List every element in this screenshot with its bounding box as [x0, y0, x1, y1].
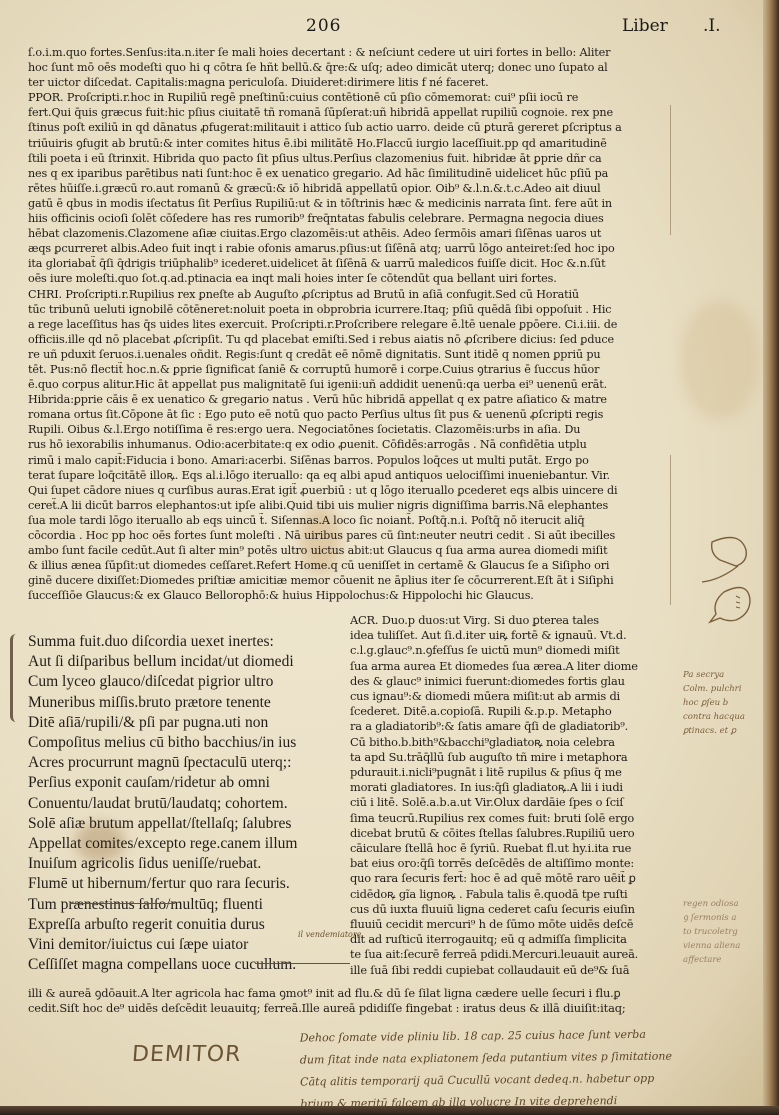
commentary-line: ſtili poeta i eū ſtrinxit. Hibrida quo p… [28, 151, 676, 166]
commentary-line: ceret̃.A lii dicūt barros elephantos:ut … [28, 498, 676, 513]
commentary-right-column: ACR. Duo.p duos:ut Virg. Si duo ꝑterea t… [350, 613, 675, 978]
commentary-line: tēt. Pus:nō flectit̃ hoc.n.& ꝑprie ſigni… [28, 362, 676, 377]
commentary-line: nes q ex iparibus parētibus nati ſunt:ho… [28, 166, 676, 181]
margin-rule [670, 455, 671, 605]
verse-bracket-mark [10, 634, 19, 722]
commentary-line: æqs ꝑcurreret albis.Adeo fuit inqt i rab… [28, 241, 676, 256]
commentary-line: PPOR. Proſcripti.r.hoc in Rupiliū regē p… [28, 90, 676, 105]
marginal-note-line: regen odiosa [683, 897, 763, 911]
commentary-line: ſucceſſiōe Glaucus:& ex Glauco Belloroph… [28, 588, 676, 603]
commentary-line: c.l.g.glauc⁹.n.ꝯfeſſus ſe uictū mun⁹ dio… [350, 643, 675, 658]
commentary-line: fluuiū cecidit mercuri⁹ h de ſūmo mōte u… [350, 917, 675, 932]
verse-line: Compoſitus melius cū bitho bacchius/in i… [28, 733, 348, 753]
commentary-line: terat ſupare loq̄citātē illoꝶ. Eqs al.i.… [28, 468, 676, 483]
commentary-line: cāiculare ſtellā hoc ē ſyriū. Ruebat fl.… [350, 841, 675, 856]
commentary-line: ſua mole tardi lōgo iteruallo ab eqs uin… [28, 513, 676, 528]
verse-line: Summa fuit.duo diſcordia uexet inertes: [28, 632, 348, 652]
marginal-note-lower: regen odiosa ꝯ ſermonis a to trucoletrg … [683, 897, 763, 967]
marginal-note-upper: Pa secrya Colm. pulchri hoc ꝑſeu b contr… [683, 668, 763, 738]
manicule-drawing-icon [700, 530, 760, 630]
commentary-line: dicebat brutū & cōites ſtellas ſalubres.… [350, 826, 675, 841]
commentary-line: oēs iure moleſti.quo ſot.q.ad.ptinacia e… [28, 271, 676, 286]
commentary-top: ſ.o.i.m.quo fortes.Senſus:ita.n.iter ſe … [28, 45, 676, 603]
commentary-line: ter uictor diſcedat. Capitalis:magna per… [28, 75, 676, 90]
page-bottom-edge [0, 1106, 779, 1115]
commentary-line: fert.Qui q̄uis græcus fuit:hic pſius ciu… [28, 105, 676, 120]
commentary-line: re uñ pduxit ſeruos.i.uenales oñdit. Reg… [28, 347, 676, 362]
commentary-line: ita gloriabat̃ q̄ſi q̄drigis triūphalib⁹… [28, 256, 676, 271]
commentary-line: ſtinus poſt exiliū in qd dānatus ꝓfugera… [28, 120, 676, 135]
commentary-line: officiis.ille qd nō placebat ꝓſcripſit. … [28, 332, 676, 347]
commentary-line: & illius ænea ſūpſit:ut diomedes ceſſare… [28, 558, 676, 573]
handwritten-underline [255, 963, 350, 964]
marginal-note-line: Pa secrya [683, 668, 763, 682]
verse-line: Ceſſiſſet magna compellans uoce cucullum… [28, 955, 348, 975]
commentary-line: ſ.o.i.m.quo fortes.Senſus:ita.n.iter ſe … [28, 45, 676, 60]
commentary-line: ſua arma aurea Et diomedes ſua ærea.A li… [350, 659, 675, 674]
commentary-line: dit ad ruſticū iterrogauitq; eū q admiſſ… [350, 932, 675, 947]
commentary-line: cedit.Siſt hoc de⁹ uidēs deſcēdit leuaui… [28, 1001, 678, 1016]
book-number: .I. [703, 16, 721, 36]
margin-rule [670, 105, 671, 235]
commentary-line: Rupili. Oibus &.l.Ergo notiſſima ē res:e… [28, 422, 676, 437]
marginal-note-line: Colm. pulchri [683, 682, 763, 696]
verse-line: Ditē aſiā/rupili/& pſi par pugna.uti non [28, 713, 348, 733]
commentary-line: cōcordia . Hoc pp hoc oēs fortes ſunt mo… [28, 528, 676, 543]
verse-text: Summa fuit.duo diſcordia uexet inertes: … [28, 632, 348, 975]
commentary-line: ſcederet. Ditē.a.copioſā. Rupili &.p.p. … [350, 704, 675, 719]
commentary-line: Hibrida:ꝑprie cāis ē ex uenatico & grega… [28, 392, 676, 407]
handwritten-bottom-note: Dehoc ſomate vide pliniu lib. 18 cap. 25… [300, 1023, 766, 1108]
verse-line: Muneribus miſſis.bruto prætore tenente [28, 693, 348, 713]
commentary-line: cus ignau⁹:& diomedi mūera miſit:ut ab a… [350, 689, 675, 704]
marginal-note-line: to trucoletrg [683, 925, 763, 939]
commentary-line: idea tuliſſet. Aut ſi.d.iter uiꝶ fortē &… [350, 628, 675, 643]
commentary-line: romana ortus ſit.Cōpone āt ſic : Ego put… [28, 407, 676, 422]
commentary-line: triūuiris ꝯfugit ab brutū:& inter comite… [28, 136, 676, 151]
marginal-note-line: hoc ꝑſeu b [683, 696, 763, 710]
commentary-line: pdurauit.i.nicli⁹pugnāt i litē rupilus &… [350, 765, 675, 780]
handwritten-word-demitor: DEMITOR [131, 1042, 242, 1067]
commentary-line: cidēdoꝶ gĩa lignoꝶ . Fabula talis ē.quod… [350, 887, 675, 902]
commentary-line: ACR. Duo.p duos:ut Virg. Si duo ꝑterea t… [350, 613, 675, 628]
verse-line: Perſius exponit cauſam/ridetur ab omni [28, 773, 348, 793]
page-number: 206 [306, 16, 341, 36]
marginal-note-line: ꝯ ſermonis a [683, 911, 763, 925]
commentary-line: des & glauc⁹ inimici fuerunt:diomedes fo… [350, 674, 675, 689]
commentary-line: hiis officinis ocioſi ſolēt cōſedere has… [28, 211, 676, 226]
verse-line: Flumē ut hibernum/fertur quo rara ſecuri… [28, 874, 348, 894]
commentary-line: ta apd Su.trāq̄llū ſub auguſto tñ mire i… [350, 750, 675, 765]
page-gutter-edge [763, 0, 779, 1115]
commentary-line: cus dū iuxta fluuiū ligna cederet caſu ſ… [350, 902, 675, 917]
commentary-line: ē.quo corpus alitur.Hic āt appellat pus … [28, 377, 676, 392]
verse-line: Acres procurrunt magnū ſpectaculū uterq;… [28, 753, 348, 773]
commentary-line: ſima teucrū.Rupilius rex comes fuit: bru… [350, 811, 675, 826]
verse-line: Solē aſiæ brutum appellat/ſtellaſq; ſalu… [28, 814, 348, 834]
commentary-line: ginē ducere dixiſſet:Diomedes priſtiæ am… [28, 573, 676, 588]
commentary-line: ra a gladiatorib⁹:& ſatis amare q̄ſi de … [350, 719, 675, 734]
commentary-line: tūc tribunū ueluti ignobilē cōtēneret:no… [28, 302, 676, 317]
commentary-line: rus hō iexorabilis inhumanus. Odio:acerb… [28, 437, 676, 452]
marginal-note-line: vienna aliena [683, 939, 763, 953]
marginal-note-line: ꝑtinacs. et ꝑ [683, 724, 763, 738]
marginal-note-line: contra hacqua [683, 710, 763, 724]
commentary-bottom: illi & aureā ꝯdōauit.A lter agricola hac… [28, 986, 678, 1016]
commentary-line: Qui ſupet cādore niues q curſibus auras.… [28, 483, 676, 498]
marginal-note-line: affectare [683, 953, 763, 967]
commentary-line: ille ſuā ſibi reddi cupiebat collaudauit… [350, 963, 675, 978]
commentary-line: quo rara ſecuris fert̃: hoc ē ad quē mōt… [350, 871, 675, 886]
commentary-line: illi & aureā ꝯdōauit.A lter agricola hac… [28, 986, 678, 1001]
verse-line: Tum prænestinus ſalſo/multūq; fluenti [28, 895, 348, 915]
commentary-line: CHRI. Proſcripti.r.Rupilius rex ꝑneſte a… [28, 287, 676, 302]
running-title: Liber [622, 16, 668, 36]
book-page: 206 Liber .I. ſ.o.i.m.quo fortes.Senſus:… [0, 0, 766, 1108]
commentary-line: a rege laceſſitus has q̄s uides lites ex… [28, 317, 676, 332]
verse-line: Aut ſi diſparibus bellum incidat/ut diom… [28, 652, 348, 672]
commentary-line: ambo ſunt facile cedūt.Aut ſi alter min⁹… [28, 543, 676, 558]
commentary-line: hoc ſunt mō oēs modeſti quo hi q cōtra ſ… [28, 60, 676, 75]
handwritten-underline [70, 903, 175, 904]
verse-line: Conuentu/laudat brutū/laudatq; cohortem. [28, 794, 348, 814]
commentary-line: gatū ē qbus in modis iſectatus ſit Perſi… [28, 196, 676, 211]
commentary-line: rētes hūiſſe.i.græcū ro.aut romanū & græ… [28, 181, 676, 196]
commentary-line: hēbat clazomenis.Clazomene aſiæ ciuitas.… [28, 226, 676, 241]
verse-line: Appellat comites/excepto rege.canem illu… [28, 834, 348, 854]
verse-line: Inuiſum agricolis ſidus ueniſſe/ruebat. [28, 854, 348, 874]
commentary-line: bat eius oro:q̄ſi torrēs deſcēdēs de alt… [350, 856, 675, 871]
commentary-line: morati gladiatores. In ius:q̄ſi gladiato… [350, 780, 675, 795]
commentary-line: ciū i litē. Solē.a.b.a.ut Vir.Olux dardā… [350, 795, 675, 810]
verse-line: Cum lyceo glauco/diſcedat pigrior ultro [28, 672, 348, 692]
commentary-line: te ſua ait:ſecurē ferreā pdidi.Mercuri.l… [350, 947, 675, 962]
foxing-stain [680, 300, 760, 420]
commentary-line: rimū i malo capit̃:Fiducia i bono. Amari… [28, 453, 676, 468]
commentary-line: Cū bitho.b.bith⁹&bacchi⁹gladiatoꝶ noia c… [350, 735, 675, 750]
